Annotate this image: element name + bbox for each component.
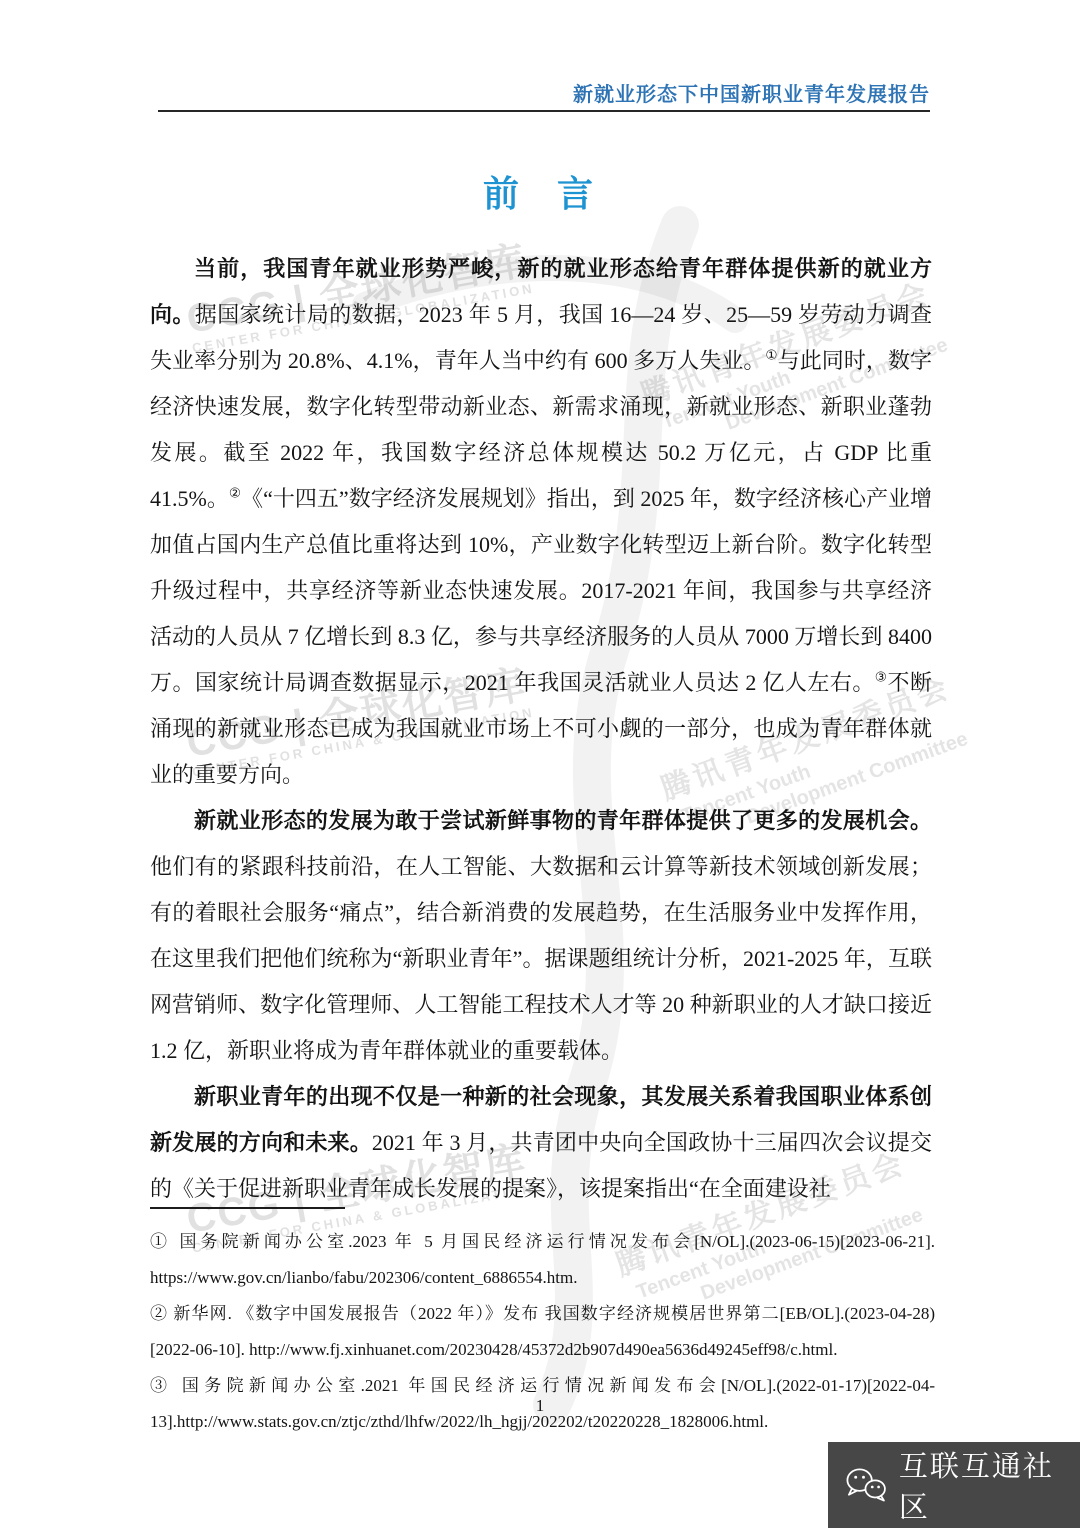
paragraph: 新职业青年的出现不仅是一种新的社会现象，其发展关系着我国职业体系创新发展的方向和… [150,1074,932,1212]
body-text: 当前，我国青年就业形势严峻，新的就业形态给青年群体提供新的就业方向。据国家统计局… [150,246,932,1212]
document-page: CCG | 全球化智库 CENTER FOR CHINA & GLOBALIZA… [0,0,1080,1528]
wechat-icon [844,1465,889,1505]
page-title: 前 言 [150,166,930,217]
footnote: ② 新华网. 《数字中国发展报告（2022 年）》发布 我国数字经济规模居世界第… [150,1296,935,1368]
footnote-rule [150,1207,345,1209]
page-number: 1 [0,1396,1080,1416]
page-header-title: 新就业形态下中国新职业青年发展报告 [150,78,930,107]
header-rule [158,110,930,112]
paragraph: 当前，我国青年就业形势严峻，新的就业形态给青年群体提供新的就业方向。据国家统计局… [150,246,932,798]
community-badge-label: 互联互通社区 [899,1444,1080,1526]
community-badge: 互联互通社区 [828,1442,1080,1528]
paragraph: 新就业形态的发展为敢于尝试新鲜事物的青年群体提供了更多的发展机会。他们有的紧跟科… [150,798,932,1074]
footnote: ① 国务院新闻办公室.2023 年 5 月国民经济运行情况发布会[N/OL].(… [150,1224,935,1296]
